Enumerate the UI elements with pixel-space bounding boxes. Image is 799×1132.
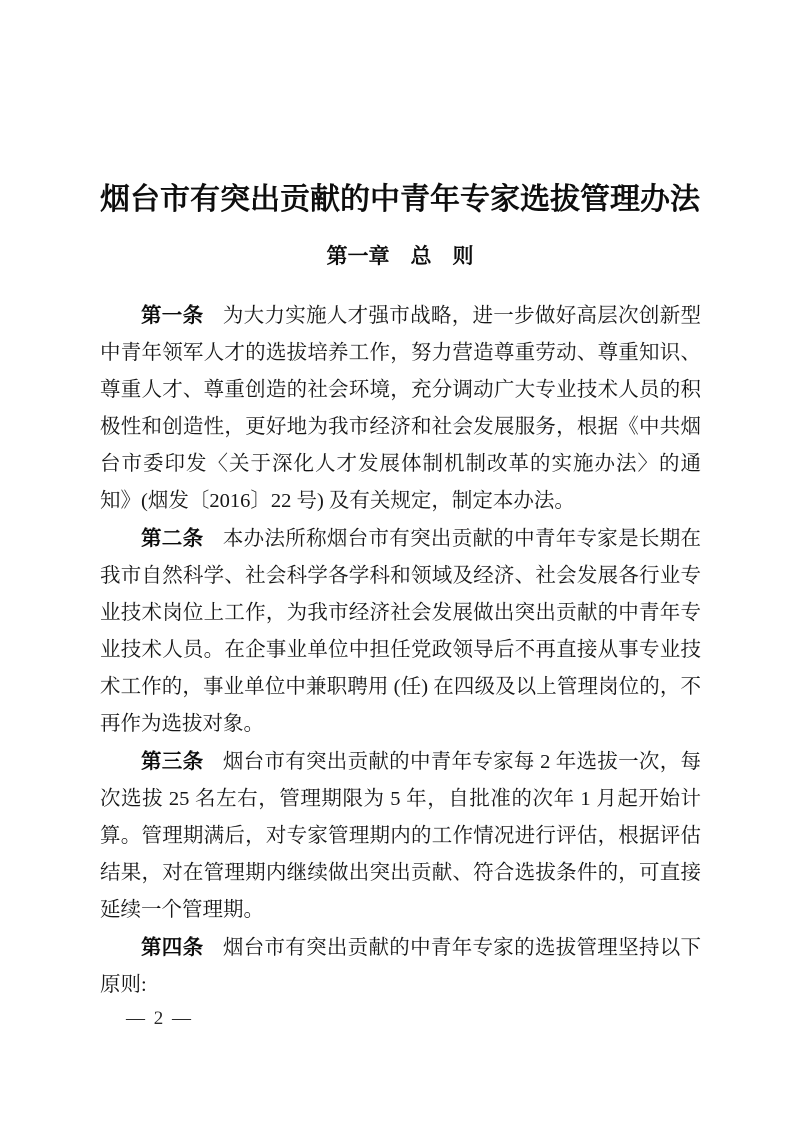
chapter-heading: 第一章 总 则	[100, 240, 700, 270]
article-paragraph: 第二条本办法所称烟台市有突出贡献的中青年专家是长期在我市自然科学、社会科学各学科…	[100, 520, 701, 743]
article-paragraph: 第四条烟台市有突出贡献的中青年专家的选拔管理坚持以下原则:	[100, 929, 701, 1004]
article-label: 第四条	[141, 936, 203, 959]
document-page: 烟台市有突出贡献的中青年专家选拔管理办法 第一章 总 则 第一条为大力实施人才强…	[0, 0, 799, 1132]
article-paragraph: 第一条为大力实施人才强市战略，进一步做好高层次创新型中青年领军人才的选拔培养工作…	[100, 297, 701, 520]
article-label: 第三条	[141, 750, 203, 773]
article-paragraph: 第三条烟台市有突出贡献的中青年专家每 2 年选拔一次，每次选拔 25 名左右，管…	[100, 743, 701, 929]
article-text: 为大力实施人才强市战略，进一步做好高层次创新型中青年领军人才的选拔培养工作，努力…	[100, 305, 701, 512]
article-label: 第二条	[141, 527, 203, 550]
article-text: 本办法所称烟台市有突出贡献的中青年专家是长期在我市自然科学、社会科学各学科和领域…	[100, 528, 701, 735]
page-title: 烟台市有突出贡献的中青年专家选拔管理办法	[100, 174, 700, 218]
document-body: 第一条为大力实施人才强市战略，进一步做好高层次创新型中青年领军人才的选拔培养工作…	[100, 297, 701, 1004]
page-number: — 2 —	[126, 1008, 193, 1030]
article-text: 烟台市有突出贡献的中青年专家每 2 年选拔一次，每次选拔 25 名左右，管理期限…	[100, 751, 701, 921]
article-label: 第一条	[141, 304, 203, 327]
